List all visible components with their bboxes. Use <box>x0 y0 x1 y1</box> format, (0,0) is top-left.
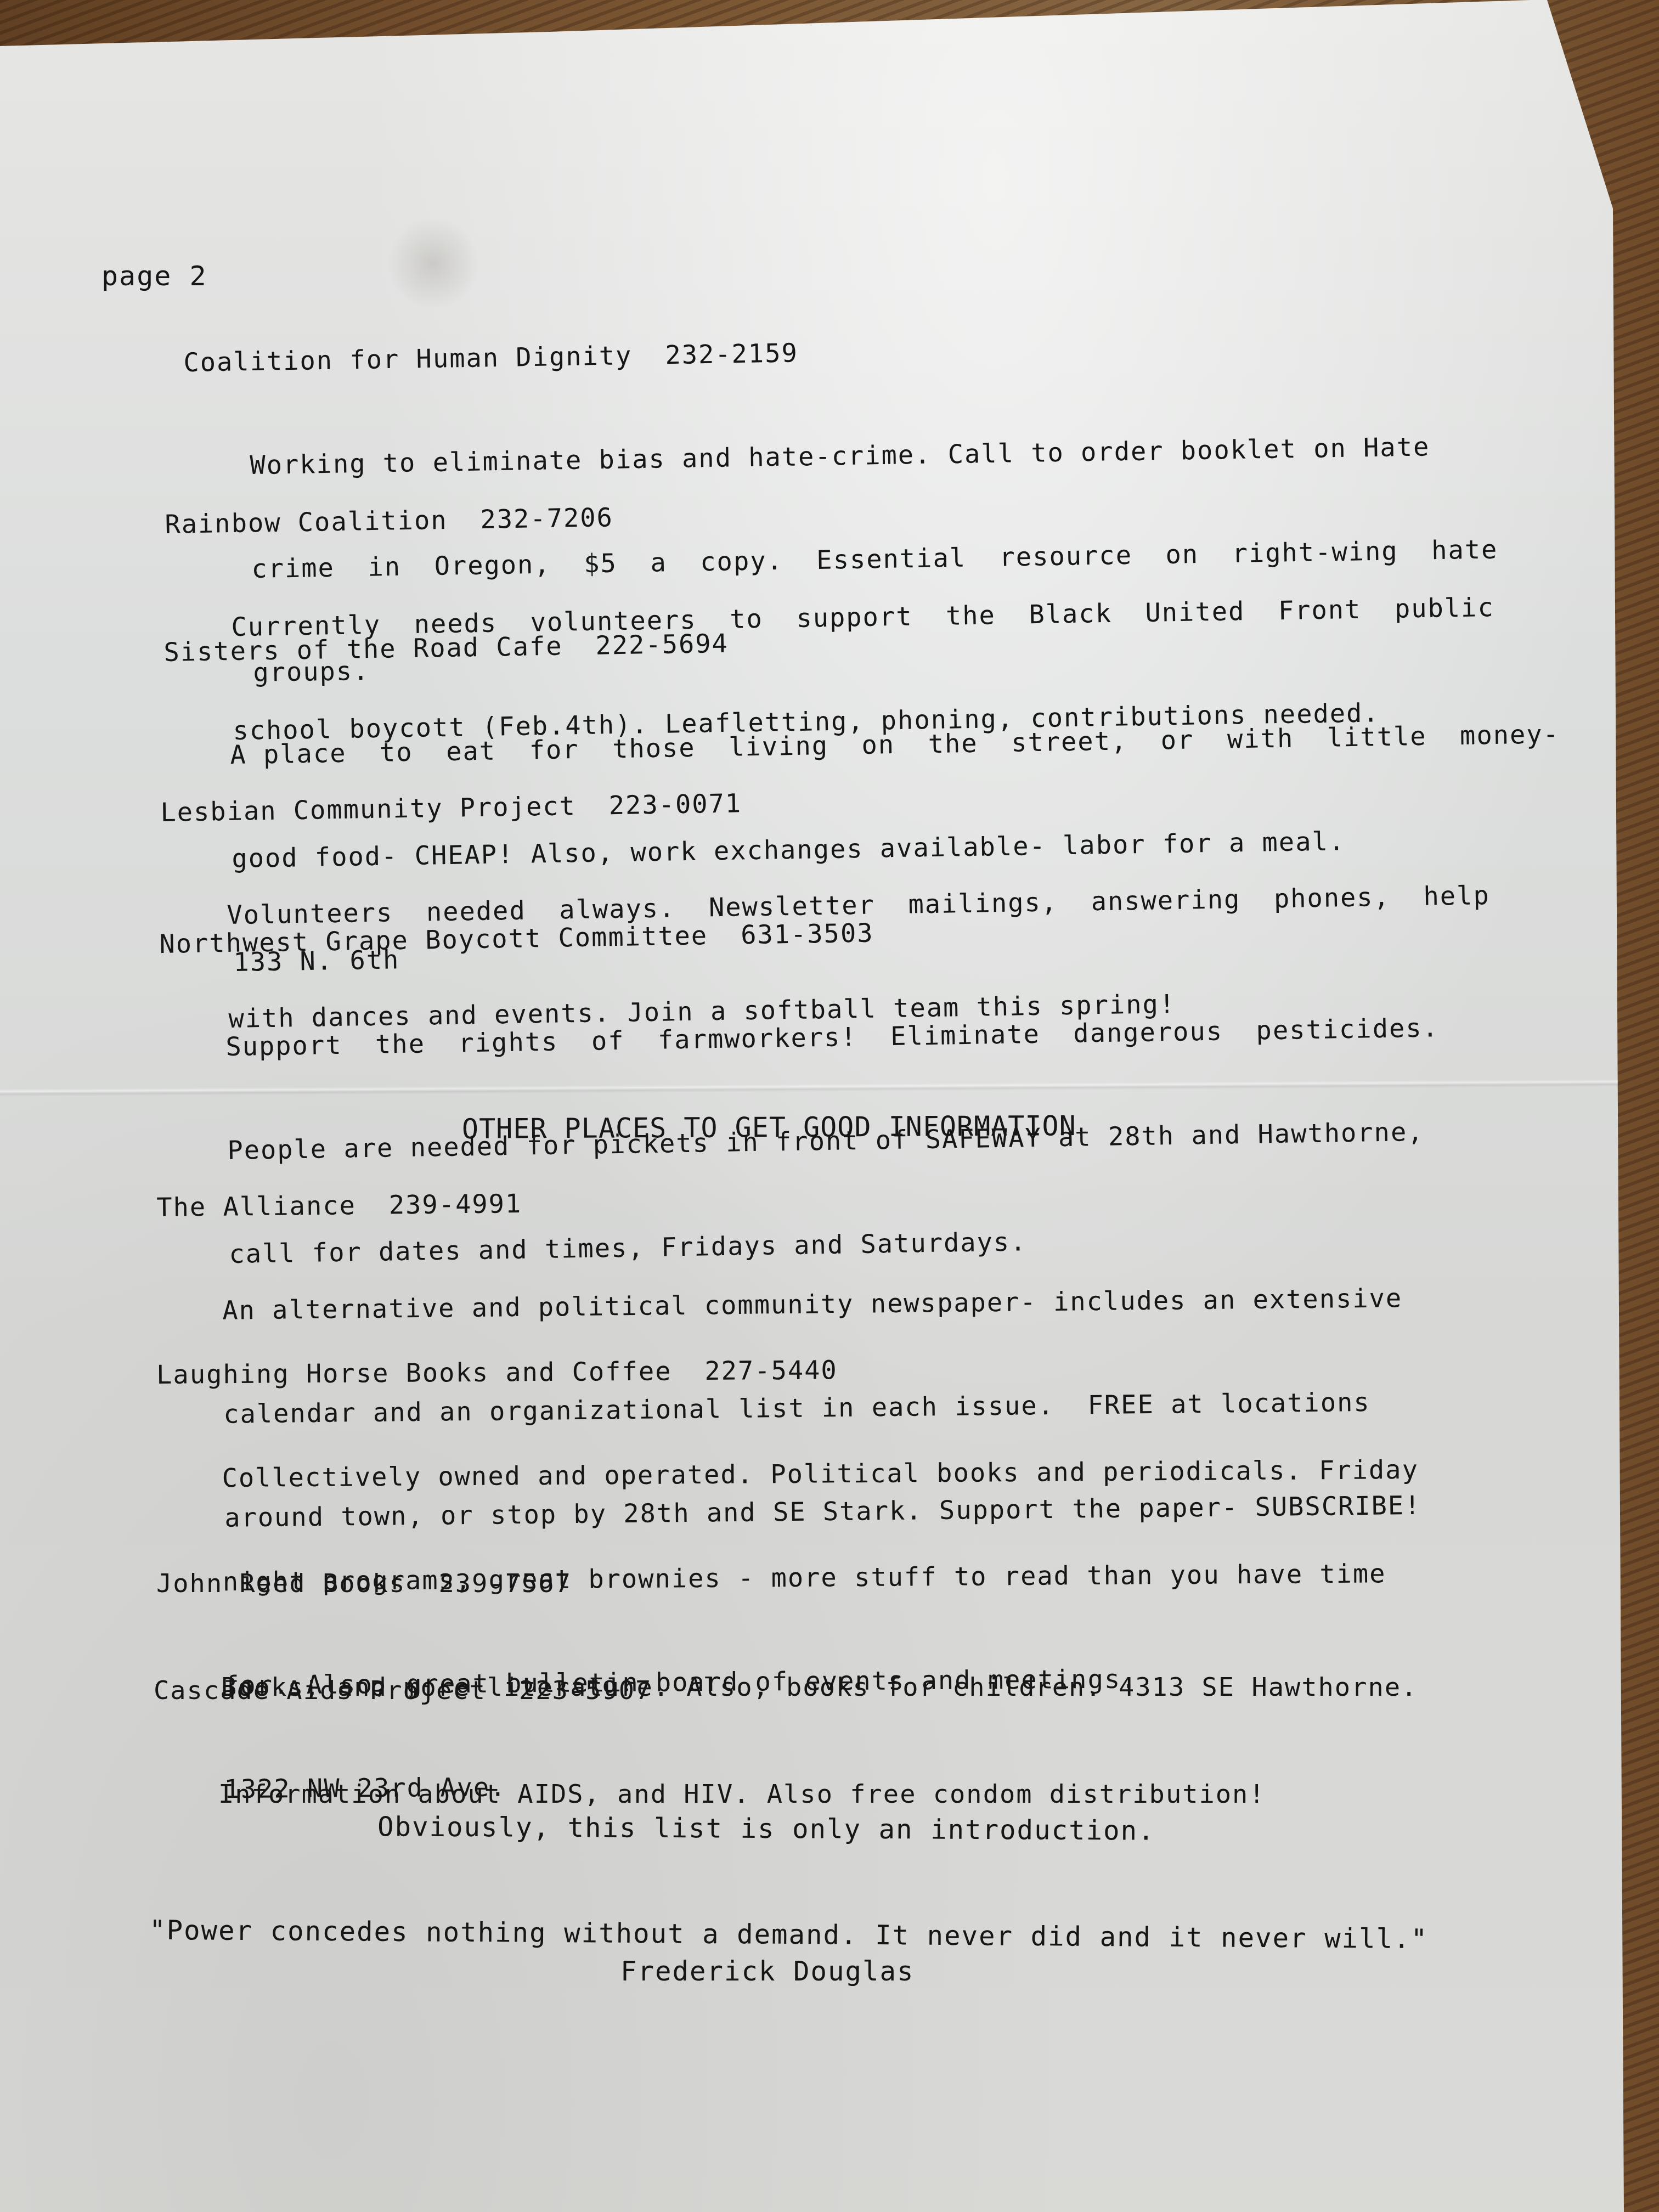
entry-line: An alternative and political community n… <box>222 1281 1419 1328</box>
entry-phone: 232-7206 <box>480 503 613 535</box>
entry-name: Rainbow Coalition <box>165 505 448 540</box>
entry-phone: 222-5694 <box>595 629 729 661</box>
entry-heading: Cascade Aids Project223-5907 <box>154 1673 1266 1708</box>
entry-phone: 223-5907 <box>519 1675 652 1706</box>
entry-name: Cascade Aids Project <box>154 1675 486 1706</box>
entry-line: Collectively owned and operated. Politic… <box>222 1453 1419 1496</box>
entry-phone: 239-4991 <box>389 1189 522 1221</box>
entry-phone: 227-5440 <box>704 1355 838 1386</box>
entry-line: Working to eliminate bias and hate-crime… <box>250 428 1497 483</box>
quote-text: "Power concedes nothing without a demand… <box>149 1915 1428 1955</box>
quote-attribution: Frederick Douglas <box>620 1956 915 1987</box>
entry-line: Support the rights of farmworkers! Elimi… <box>225 1011 1439 1064</box>
entry-name: Northwest Grape Boycott Committee <box>159 921 708 960</box>
document-page: page 2 Coalition for Human Dignity232-21… <box>0 0 1659 2212</box>
entry-line: Information about AIDS, and HIV. Also fr… <box>218 1777 1266 1812</box>
entry-phone: 232-2159 <box>665 338 798 370</box>
entry-description: Information about AIDS, and HIV. Also fr… <box>154 1708 1266 1881</box>
entry-heading: John Reed Books239-7567 <box>156 1566 1418 1601</box>
closing-note: Obviously, this list is only an introduc… <box>377 1811 1155 1846</box>
entry-line: A place to eat for those living on the s… <box>230 717 1560 772</box>
entry-name: The Alliance <box>156 1190 356 1223</box>
entry-phone: 631-3503 <box>741 918 874 951</box>
entry-phone: 223-0071 <box>608 788 742 821</box>
info-entry: Cascade Aids Project223-5907 Information… <box>154 1673 1266 1881</box>
entry-phone: 239-7567 <box>438 1568 571 1599</box>
entry-name: Laughing Horse Books and Coffee <box>156 1356 672 1390</box>
section-heading: OTHER PLACES TO GET GOOD INFORMATION <box>462 1110 1076 1145</box>
page-number-label: page 2 <box>101 260 207 292</box>
entry-name: Coalition for Human Dignity <box>183 341 633 378</box>
entry-name: John Reed Books <box>156 1568 405 1599</box>
entry-name: Sisters of the Road Cafe <box>163 631 563 668</box>
entry-name: Lesbian Community Project <box>160 791 576 828</box>
